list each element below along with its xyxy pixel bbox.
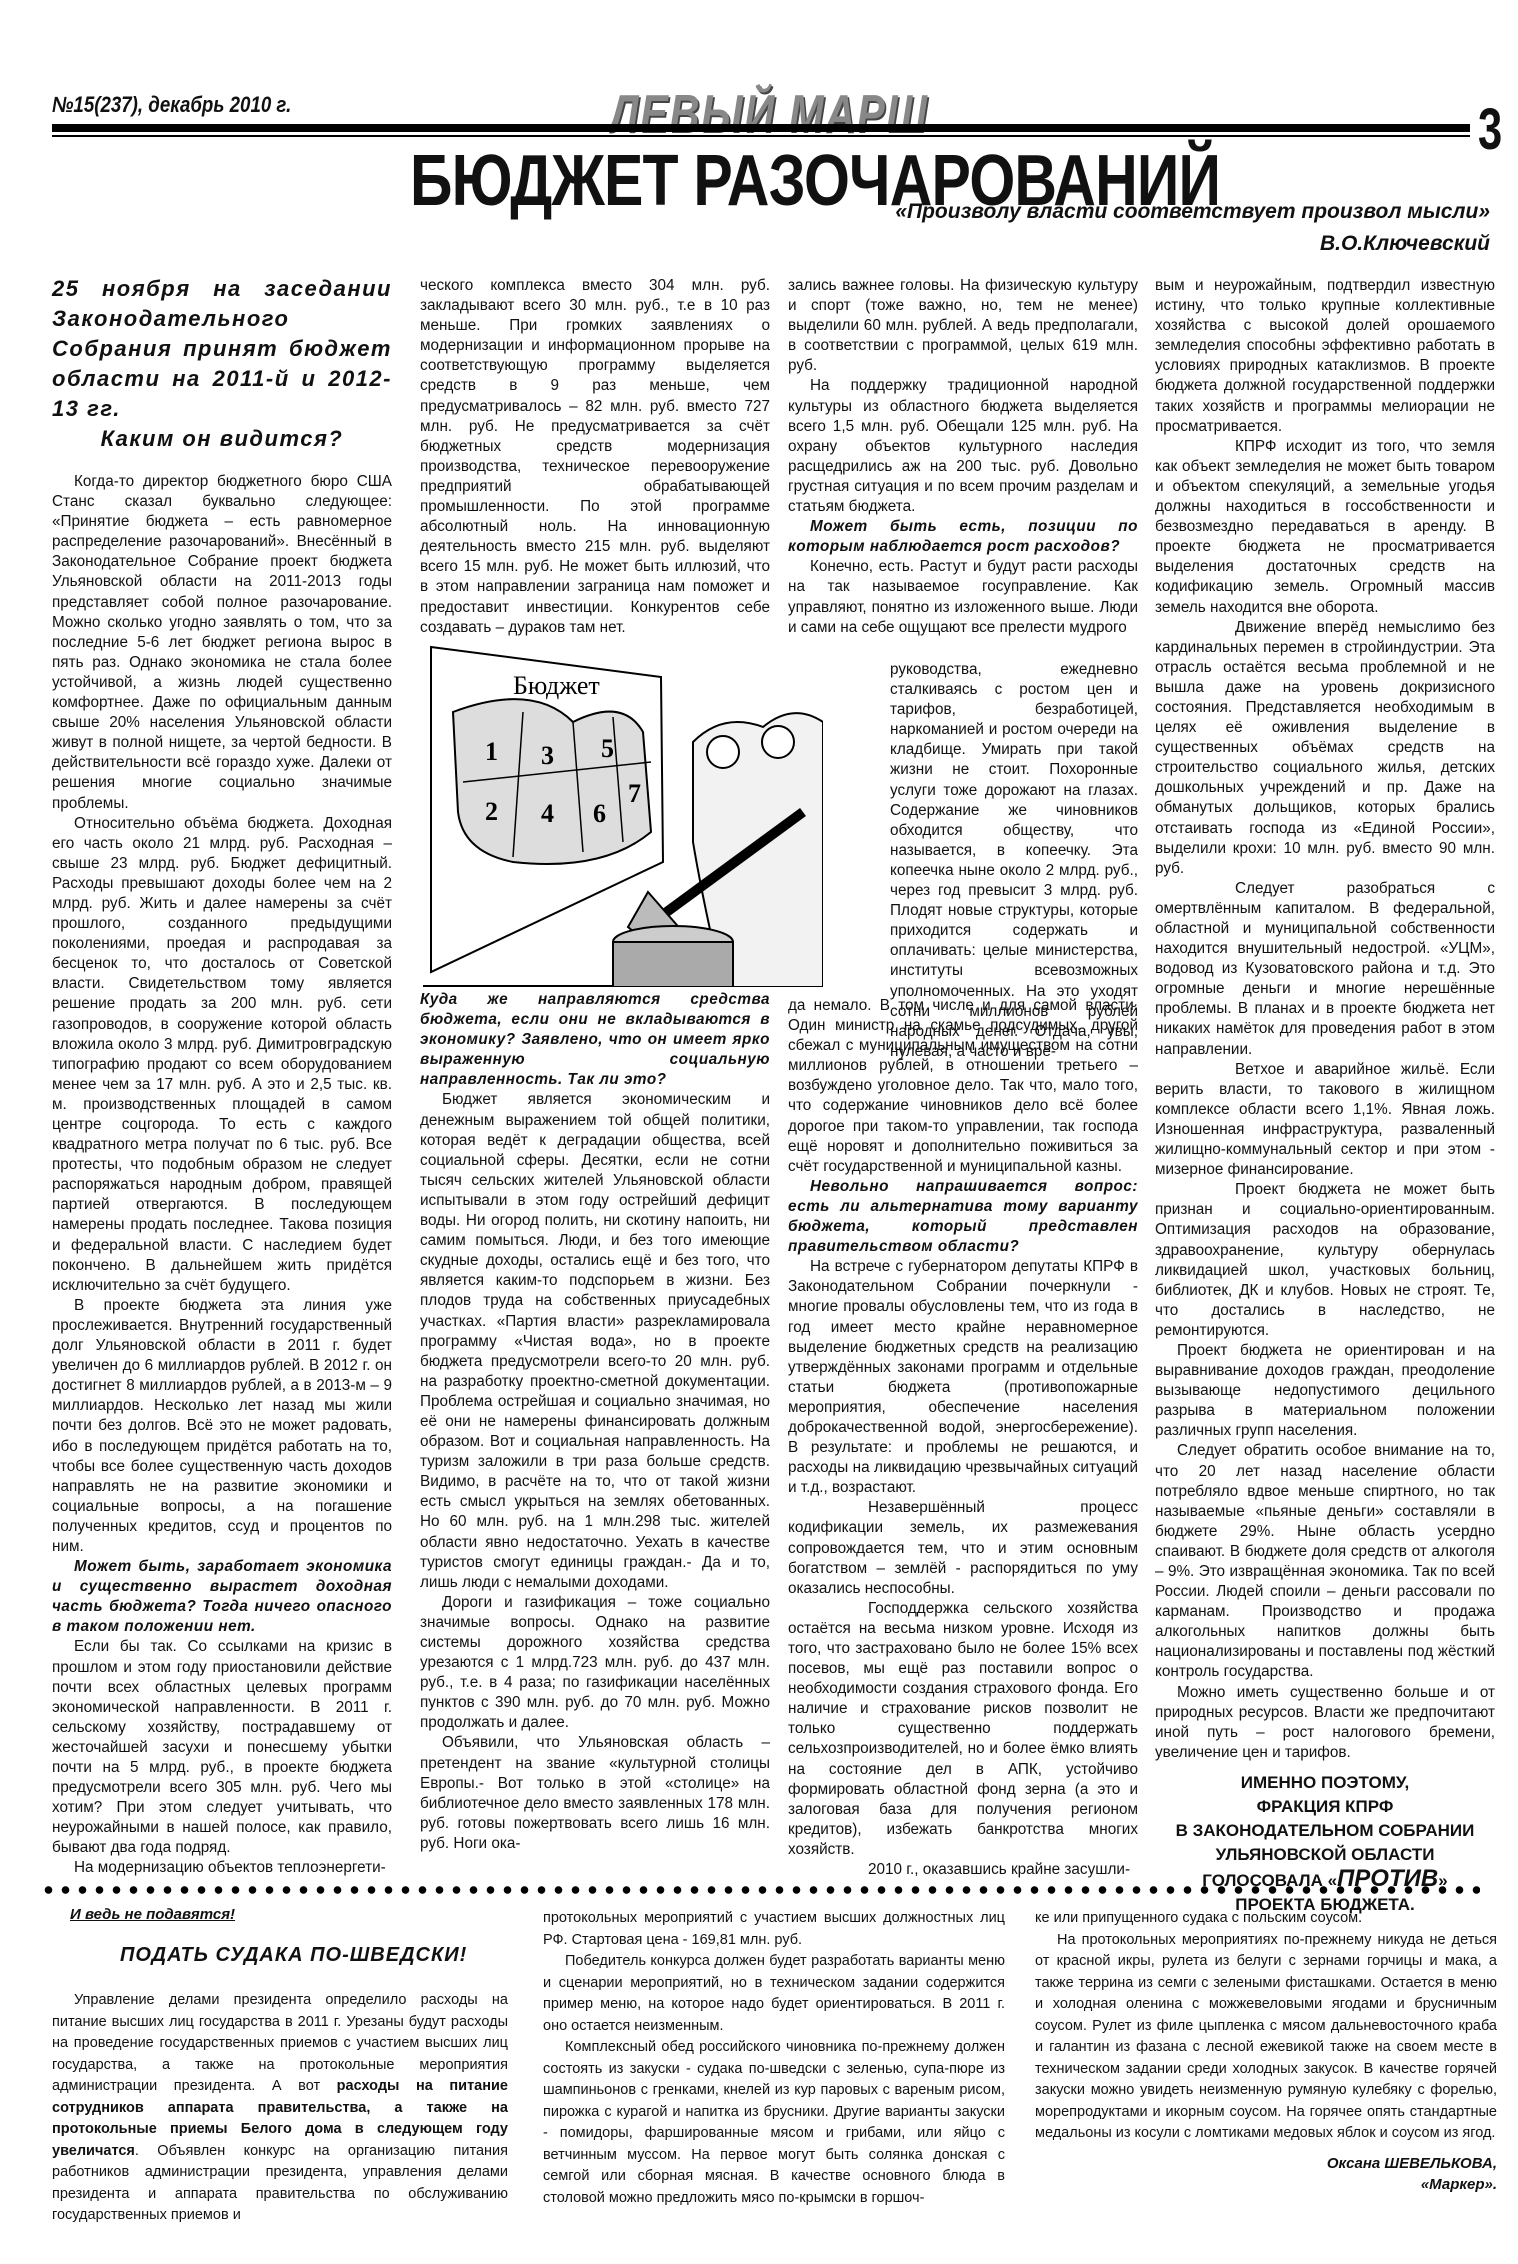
question-subhead: Невольно напрашивается вопрос: есть ли а… <box>788 1177 1138 1257</box>
paragraph: Господдержка сельского хозяйства остаётс… <box>788 1599 1138 1860</box>
question-subhead: Куда же направляются средства бюджета, е… <box>420 990 770 1090</box>
header-rule <box>52 124 1470 132</box>
paragraph: Проект бюджета не может быть признан и с… <box>1155 1180 1495 1341</box>
question-subhead: Может быть, заработает экономика и сущес… <box>52 1557 392 1637</box>
callout-line: УЛЬЯНОВСКОЙ ОБЛАСТИ <box>1155 1843 1495 1867</box>
rubric-label: И ведь не подавятся! <box>70 1906 235 1923</box>
paragraph: Проект бюджета не ориентирован и на выра… <box>1155 1341 1495 1441</box>
paragraph: Бюджет является экономическим и денежным… <box>420 1090 770 1592</box>
paragraph: Управление делами президента определило … <box>52 1990 508 2227</box>
column-2-continued: Куда же направляются средства бюджета, е… <box>420 990 770 1854</box>
article-lead: 25 ноября на заседании Законодательного … <box>52 274 392 454</box>
callout-line: В ЗАКОНОДАТЕЛЬНОМ СОБРАНИИ <box>1155 1819 1495 1843</box>
lead-text: 25 ноября на заседании Законодательного … <box>52 276 392 421</box>
sidebar-title: ПОДАТЬ СУДАКА ПО-ШВЕДСКИ! <box>120 1944 467 1967</box>
column-3: зались важнее головы. На физическую куль… <box>788 276 1138 638</box>
paragraph: Комплексный обед российского чиновника п… <box>543 2037 1005 2209</box>
paragraph: Когда-то директор бюджетного бюро США Ст… <box>52 472 392 814</box>
column-2: ческого комплекса вместо 304 млн. руб. з… <box>420 276 770 638</box>
svg-text:4: 4 <box>541 799 554 828</box>
paragraph: протокольных мероприятий с участием высш… <box>543 1908 1005 1951</box>
paragraph: Если бы так. Со ссылками на кризис в про… <box>52 1637 392 1858</box>
svg-text:5: 5 <box>601 734 614 763</box>
paragraph: ческого комплекса вместо 304 млн. руб. з… <box>420 276 770 638</box>
paragraph: Победитель конкурса должен будет разрабо… <box>543 1951 1005 2037</box>
svg-text:1: 1 <box>485 737 498 766</box>
column-4: вым и неурожайным, подтвердил известную … <box>1155 276 1495 1917</box>
sidebar-column-1: Управление делами президента определило … <box>52 1990 508 2227</box>
paragraph: На модернизацию объектов теплоэнергети- <box>52 1858 392 1878</box>
paragraph: Относительно объёма бюджета. Доходная ег… <box>52 814 392 1296</box>
paragraph: На встрече с губернатором депутаты КПРФ … <box>788 1257 1138 1498</box>
byline: Оксана ШЕВЕЛЬКОВА, «Маркер». <box>1035 2153 1497 2196</box>
author-name: Оксана ШЕВЕЛЬКОВА, <box>1035 2153 1497 2175</box>
cartoon-illustration-icon: Бюджет 135 2467 <box>423 642 823 987</box>
paragraph: зались важнее головы. На физическую куль… <box>788 276 1138 376</box>
paragraph: Объявили, что Ульяновская область – прет… <box>420 1733 770 1854</box>
paragraph: Следует разобраться с омертвлённым капит… <box>1155 879 1495 1060</box>
svg-text:3: 3 <box>541 741 554 770</box>
svg-text:6: 6 <box>593 799 606 828</box>
issue-number: №15(237), декабрь 2010 г. <box>52 92 291 118</box>
column-1: 25 ноября на заседании Законодательного … <box>52 274 392 1879</box>
budget-cartoon: Бюджет 135 2467 <box>423 642 823 987</box>
sidebar-column-3: ке или припущенного судака с польским со… <box>1035 1908 1497 2196</box>
paragraph: Незавершённый процесс кодификации земель… <box>788 1498 1138 1598</box>
epigraph: «Произволу власти соответствует произвол… <box>895 196 1490 260</box>
callout-line: ФРАКЦИЯ КПРФ <box>1155 1795 1495 1819</box>
svg-text:7: 7 <box>628 779 641 808</box>
lead-question: Каким он видится? <box>52 424 392 454</box>
page-number: 3 <box>1478 96 1502 163</box>
epigraph-author: В.О.Ключевский <box>895 228 1490 260</box>
paragraph: В проекте бюджета эта линия уже прослежи… <box>52 1296 392 1557</box>
column-3-continued: да немало. В том числе и для самой власт… <box>788 996 1138 1880</box>
source-name: «Маркер». <box>1035 2174 1497 2196</box>
svg-text:2: 2 <box>485 797 498 826</box>
cartoon-title: Бюджет <box>513 671 600 700</box>
paragraph: 2010 г., оказавшись крайне засушли- <box>788 1860 1138 1880</box>
paragraph: Движение вперёд немыслимо без кардинальн… <box>1155 618 1495 879</box>
paragraph: КПРФ исходит из того, что земля как объе… <box>1155 437 1495 618</box>
paragraph: Следует обратить особое внимание на то, … <box>1155 1441 1495 1682</box>
paragraph: ке или припущенного судака с польским со… <box>1035 1908 1497 1930</box>
dotted-separator <box>40 1884 1480 1896</box>
paragraph: вым и неурожайным, подтвердил известную … <box>1155 276 1495 437</box>
epigraph-quote: «Произволу власти соответствует произвол… <box>895 196 1490 228</box>
paragraph: Дороги и газификация – тоже социально зн… <box>420 1593 770 1734</box>
callout-line: ИМЕННО ПОЭТОМУ, <box>1155 1771 1495 1795</box>
paragraph: Можно иметь существенно больше и от прир… <box>1155 1683 1495 1763</box>
question-subhead: Может быть есть, позиции по которым набл… <box>788 517 1138 557</box>
paragraph: Конечно, есть. Растут и будут расти расх… <box>788 557 1138 637</box>
paragraph: На протокольных мероприятиях по-прежнему… <box>1035 1930 1497 2145</box>
header-rule-thin <box>52 135 1470 137</box>
paragraph: Ветхое и аварийное жильё. Если верить вл… <box>1155 1060 1495 1181</box>
sidebar-column-2: протокольных мероприятий с участием высш… <box>543 1908 1005 2209</box>
paragraph: да немало. В том числе и для самой власт… <box>788 996 1138 1177</box>
paragraph: На поддержку традиционной народной культ… <box>788 376 1138 517</box>
